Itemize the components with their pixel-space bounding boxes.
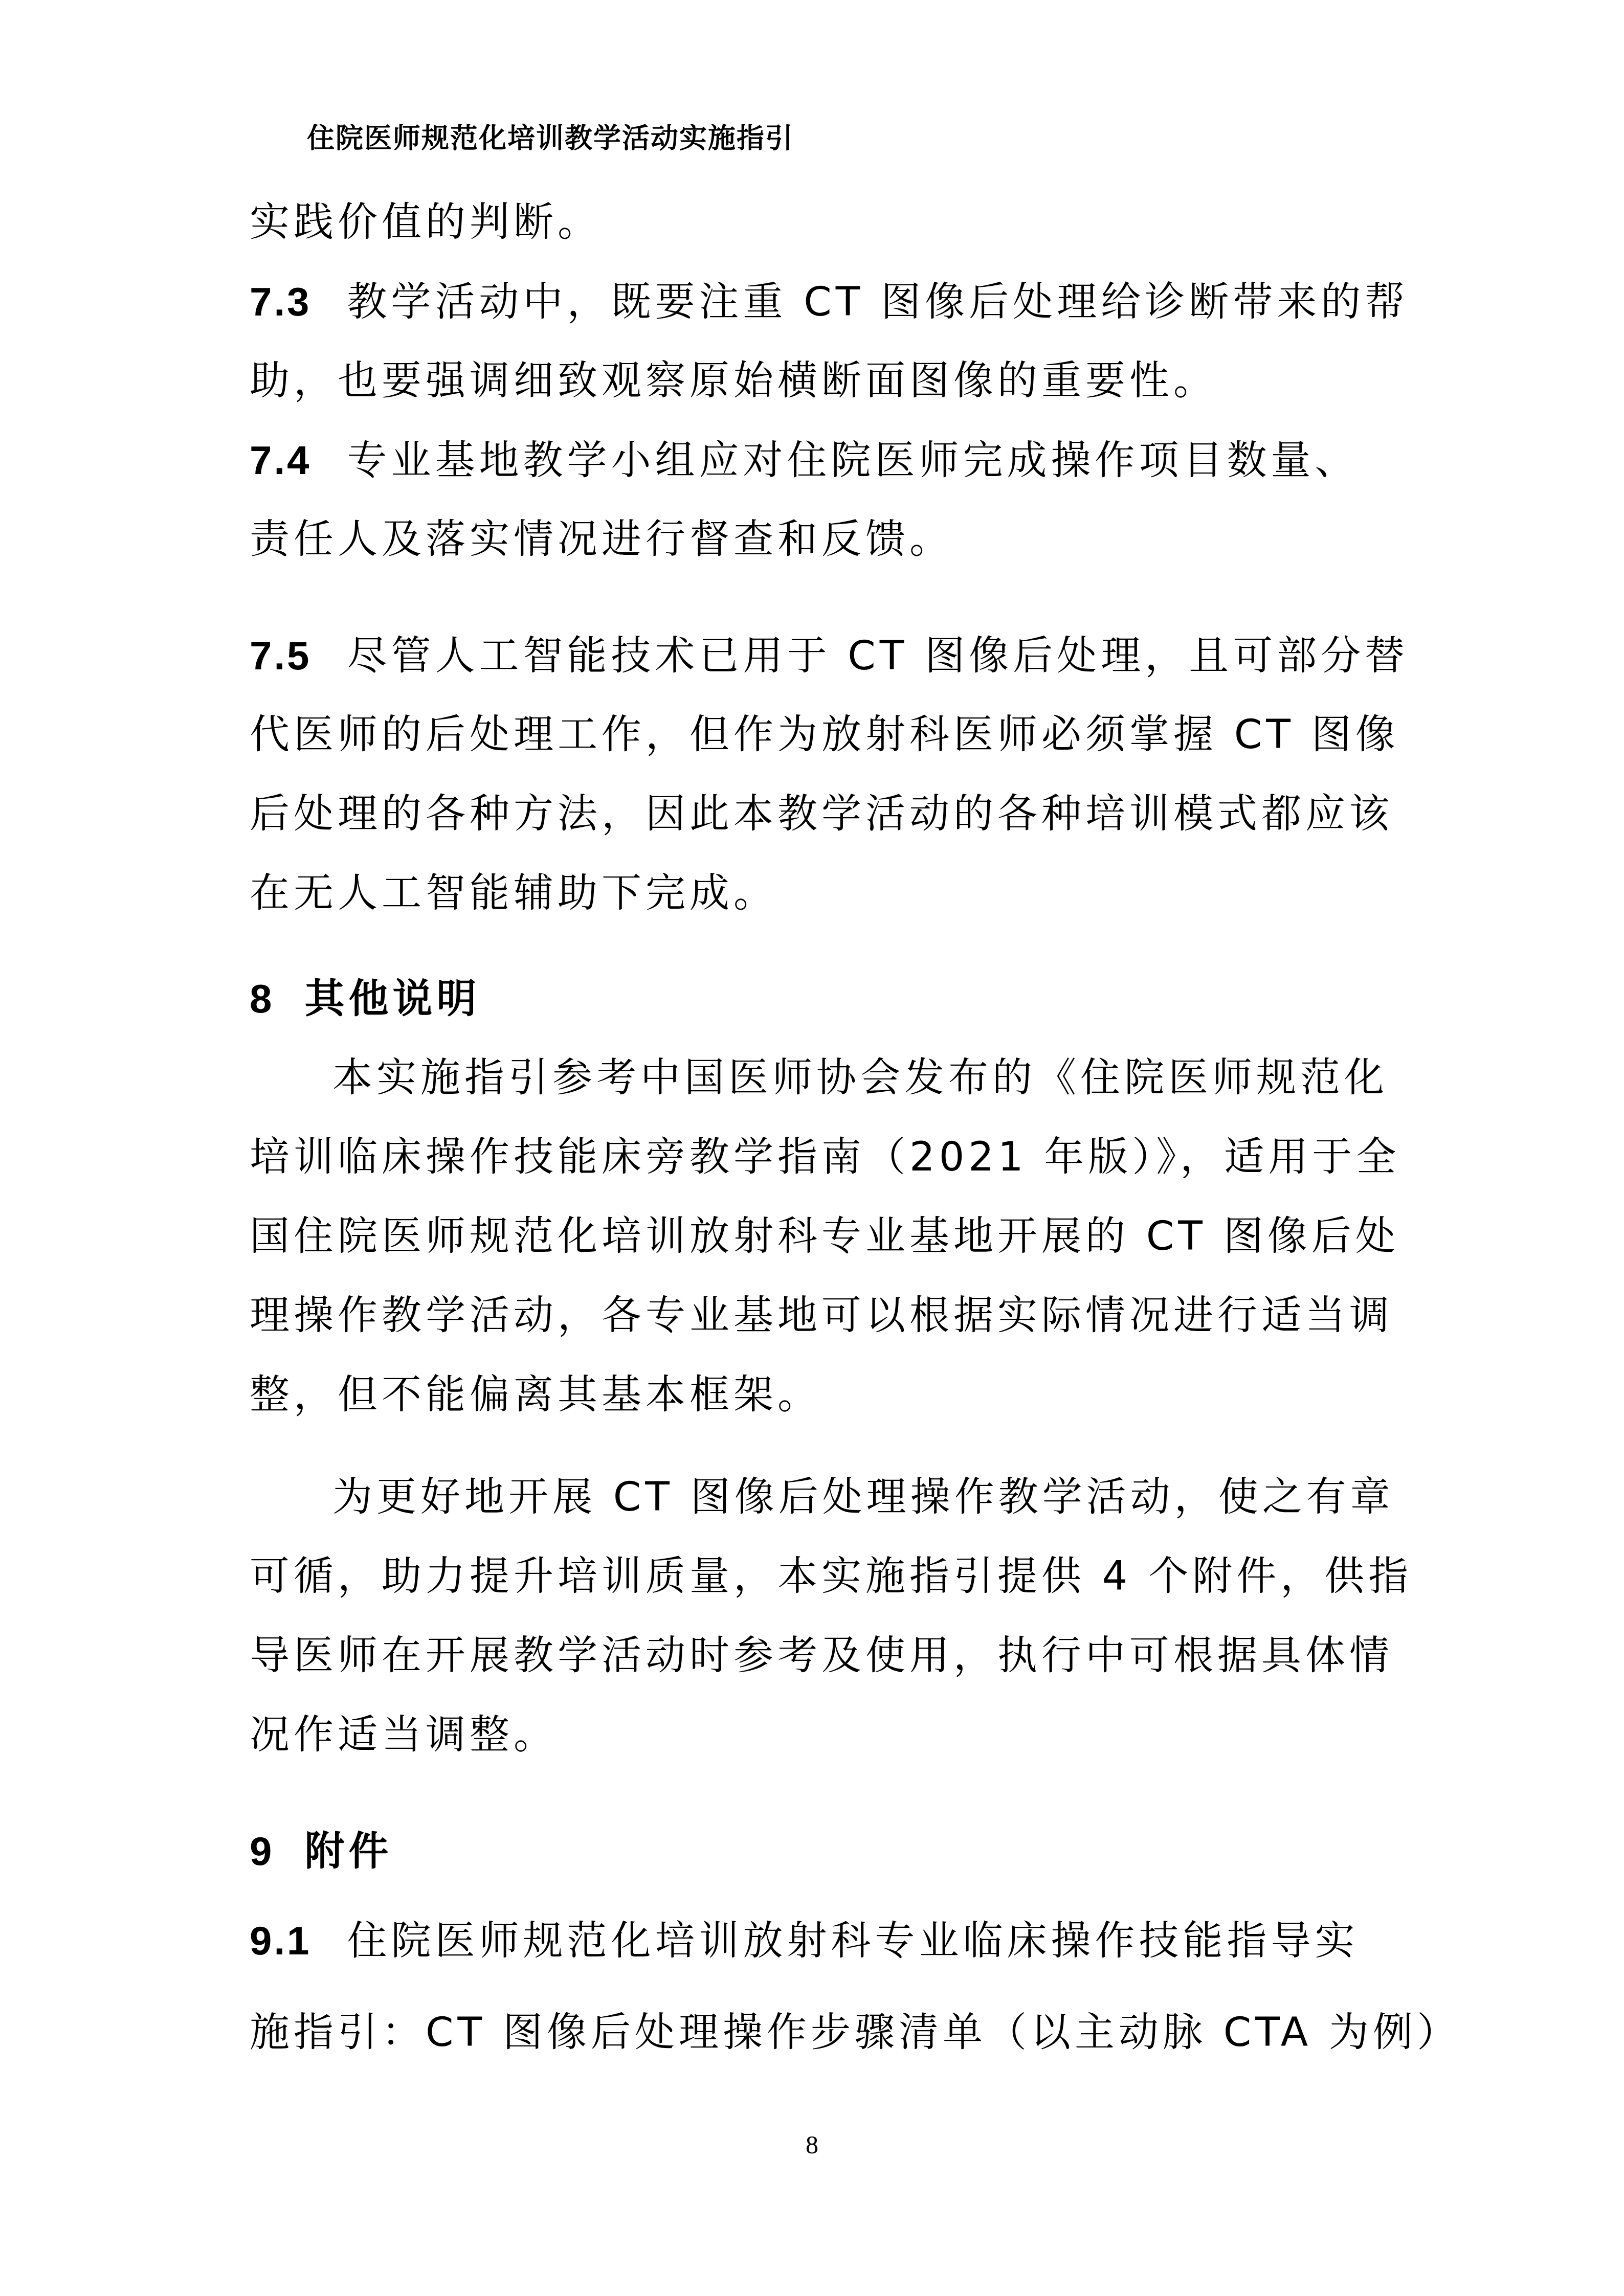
paragraph-line: 专业基地教学小组应对住院医师完成操作项目数量、 xyxy=(347,438,1359,484)
section-number: 8 xyxy=(250,976,274,1021)
section-title: 其他说明 xyxy=(304,976,480,1022)
section-number: 7.3 xyxy=(250,279,311,324)
section-9-1: 9.1住院医师规范化培训放射科专业临床操作技能指导实 xyxy=(250,1915,1359,1967)
paragraph-line: 助，也要强调细致观察原始横断面图像的重要性。 xyxy=(250,355,1217,407)
paragraph-line: 后处理的各种方法，因此本教学活动的各种培训模式都应该 xyxy=(250,789,1393,840)
paragraph-line: 可循，助力提升培训质量，本实施指引提供 4 个附件，供指 xyxy=(250,1551,1412,1602)
paragraph-line: 住院医师规范化培训放射科专业临床操作技能指导实 xyxy=(347,1918,1359,1964)
section-7-3: 7.3教学活动中，既要注重 CT 图像后处理给诊断带来的帮 xyxy=(250,276,1409,328)
section-number: 9.1 xyxy=(250,1918,311,1963)
paragraph-line: 理操作教学活动，各专业基地可以根据实际情况进行适当调 xyxy=(250,1290,1393,1341)
paragraph-line: 尽管人工智能技术已用于 CT 图像后处理，且可部分替 xyxy=(347,633,1409,679)
paragraph-line: 本实施指引参考中国医师协会发布的《住院医师规范化 xyxy=(332,1052,1388,1104)
paragraph-line: 导医师在开展教学活动时参考及使用，执行中可根据具体情 xyxy=(250,1630,1393,1681)
paragraph-line: 为更好地开展 CT 图像后处理操作教学活动，使之有章 xyxy=(332,1472,1394,1523)
section-heading-9: 9附件 xyxy=(250,1826,392,1877)
section-7-4: 7.4专业基地教学小组应对住院医师完成操作项目数量、 xyxy=(250,435,1359,486)
section-7-5: 7.5尽管人工智能技术已用于 CT 图像后处理，且可部分替 xyxy=(250,630,1409,682)
section-heading-8: 8其他说明 xyxy=(250,973,480,1025)
paragraph-line: 培训临床操作技能床旁教学指南（2021 年版）》，适用于全 xyxy=(250,1132,1400,1183)
section-number: 9 xyxy=(250,1829,274,1874)
running-header: 住院医师规范化培训教学活动实施指引 xyxy=(307,117,794,156)
paragraph-line: 况作适当调整。 xyxy=(250,1709,558,1761)
paragraph-line: 实践价值的判断。 xyxy=(250,197,602,248)
section-number: 7.4 xyxy=(250,438,311,483)
paragraph-line: 教学活动中，既要注重 CT 图像后处理给诊断带来的帮 xyxy=(347,279,1409,325)
section-title: 附件 xyxy=(304,1829,392,1875)
paragraph-line: 代医师的后处理工作，但作为放射科医师必须掌握 CT 图像 xyxy=(250,709,1399,760)
paragraph-line: 责任人及落实情况进行督查和反馈。 xyxy=(250,514,953,565)
paragraph-line: 国住院医师规范化培训放射科专业基地开展的 CT 图像后处 xyxy=(250,1211,1399,1262)
paragraph-line: 在无人工智能辅助下完成。 xyxy=(250,868,777,919)
section-number: 7.5 xyxy=(250,633,311,678)
page-number: 8 xyxy=(806,2130,818,2159)
paragraph-line: 整，但不能偏离其基本框架。 xyxy=(250,1369,821,1421)
paragraph-line: 施指引：CT 图像后处理操作步骤清单（以主动脉 CTA 为例） xyxy=(250,2007,1461,2058)
